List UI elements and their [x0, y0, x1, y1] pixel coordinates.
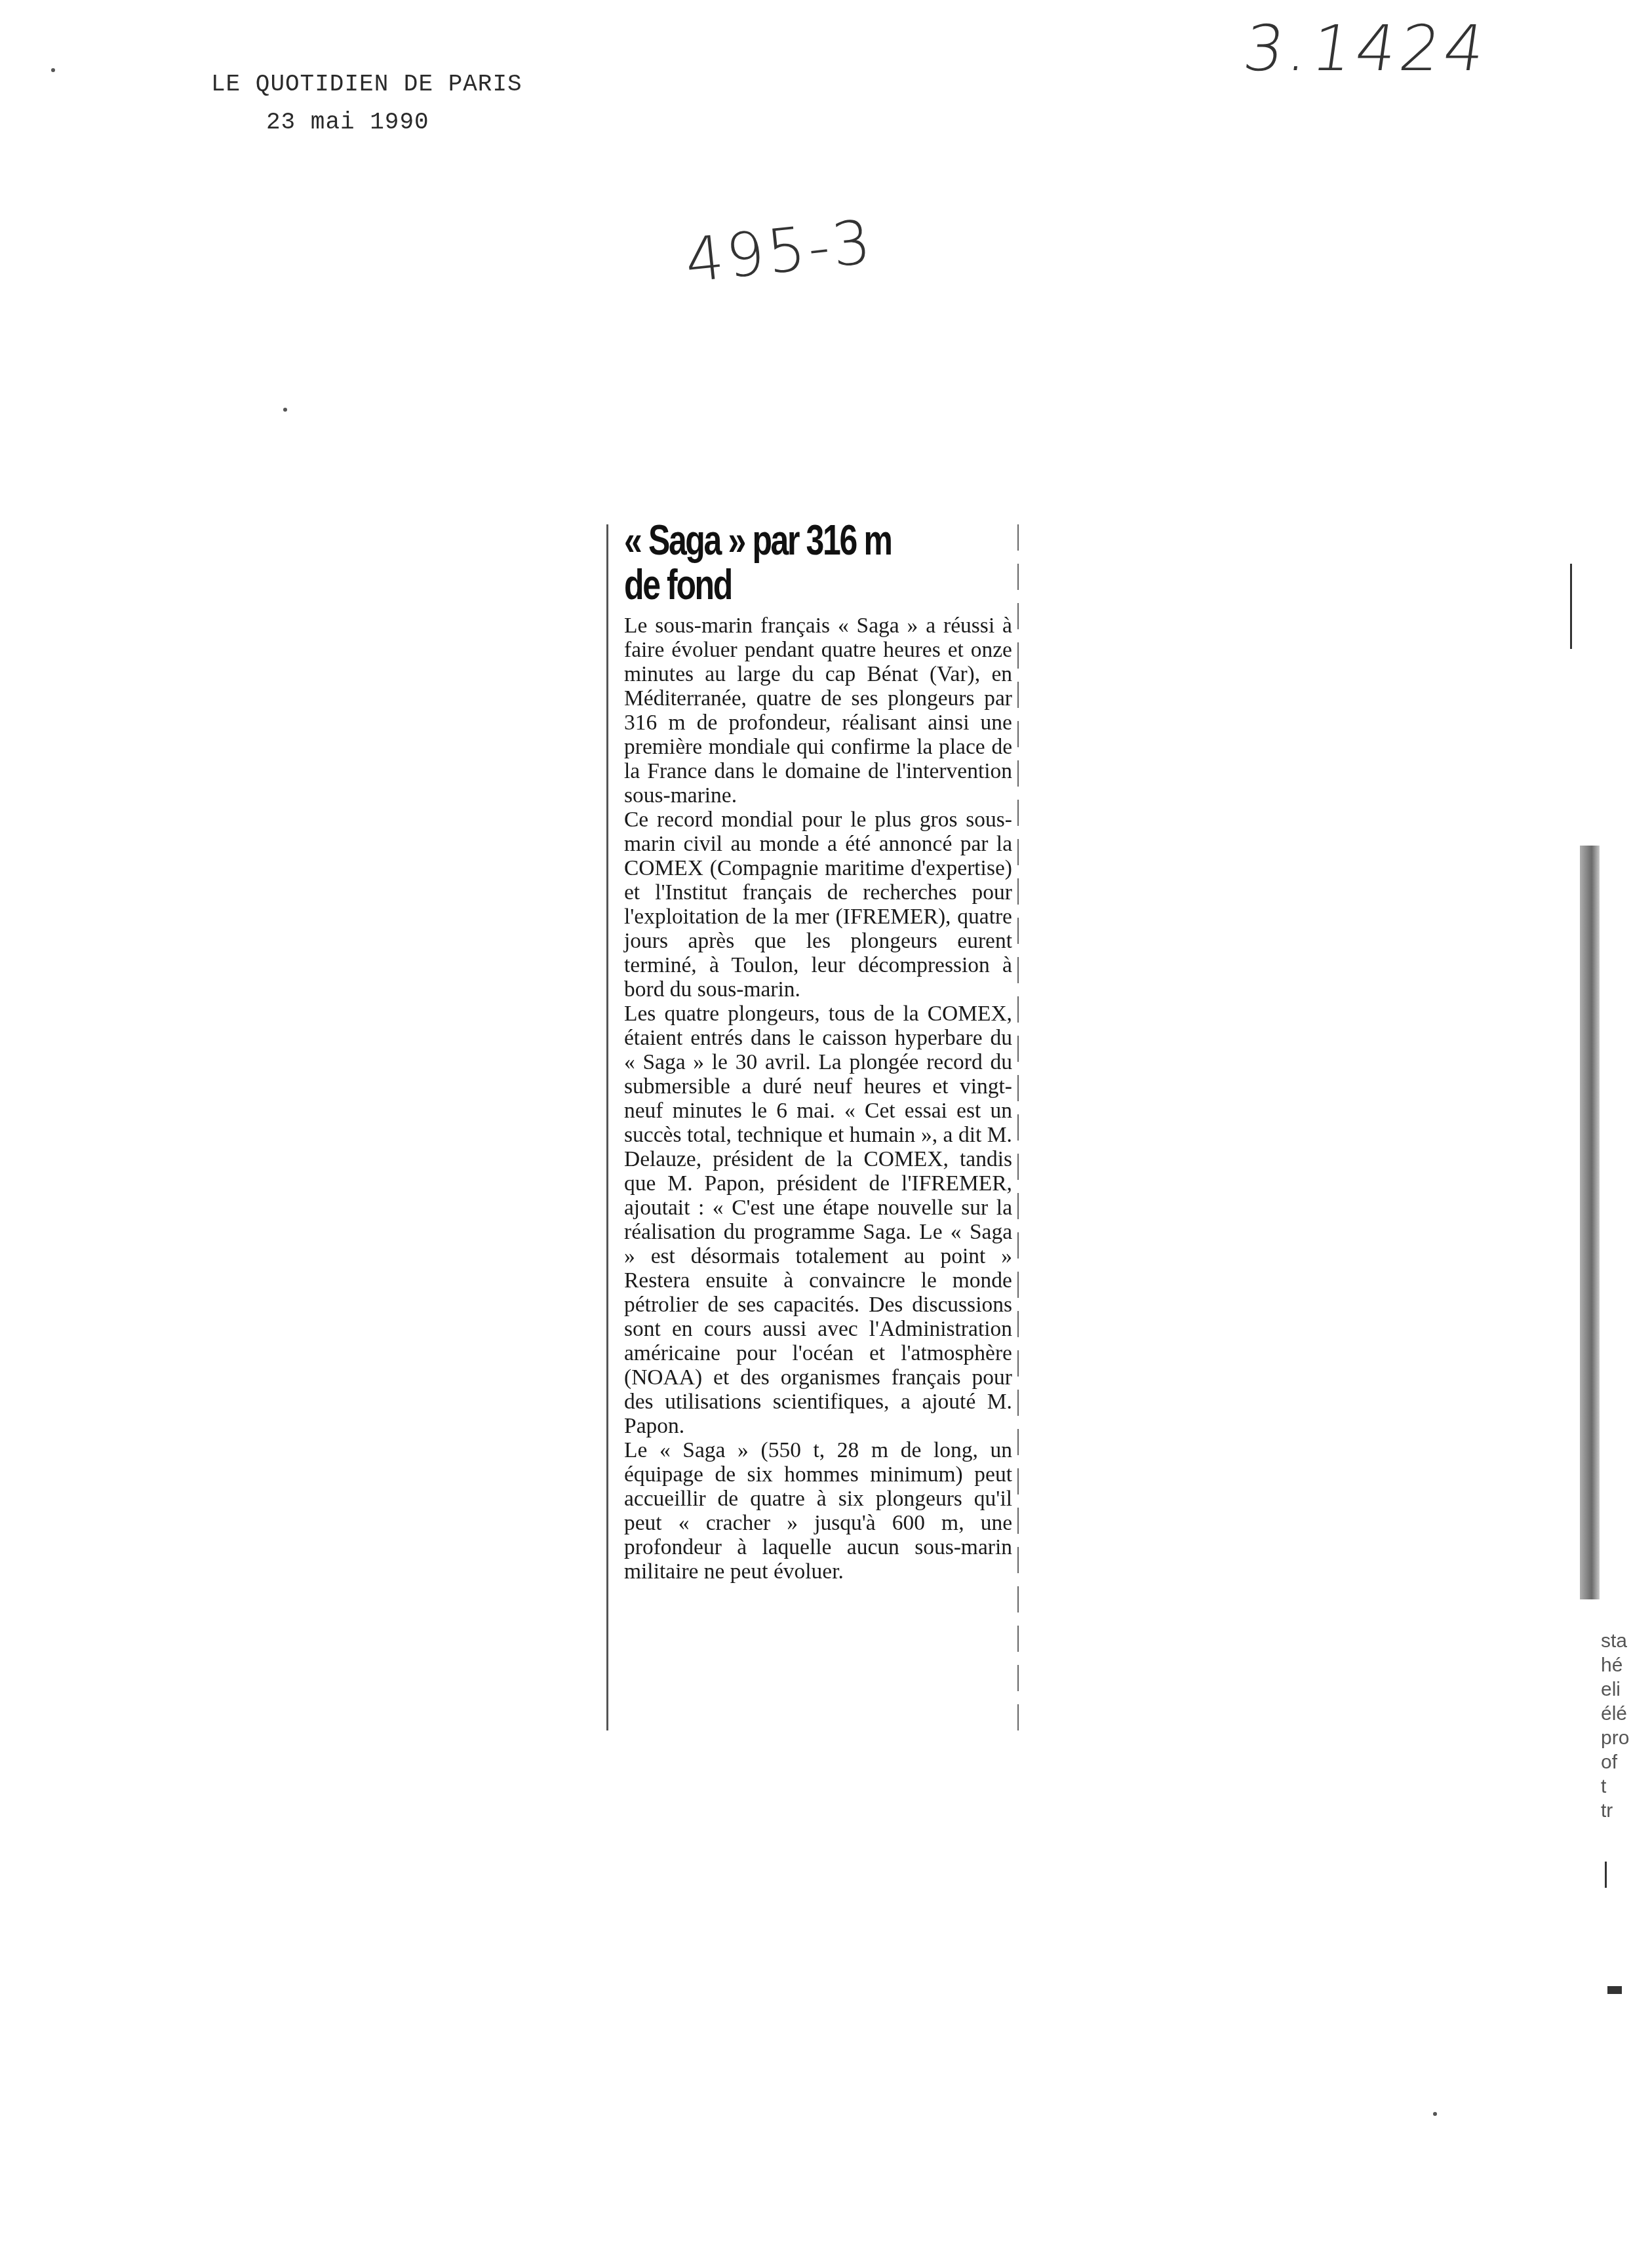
- fragment: pro: [1601, 1726, 1629, 1750]
- article-paragraph: Ce record mondial pour le plus gros sous…: [624, 808, 1012, 1002]
- scan-edge-mark: [1607, 1986, 1622, 1994]
- article-paragraph: Le sous-marin français « Saga » a réussi…: [624, 614, 1012, 808]
- article-body: Le sous-marin français « Saga » a réussi…: [624, 614, 1012, 1584]
- article-paragraph: Le « Saga » (550 t, 28 m de long, un équ…: [624, 1438, 1012, 1584]
- cut-off-text-fragments: sta hé eli élé pro of t tr: [1601, 1629, 1629, 1823]
- masthead: LE QUOTIDIEN DE PARIS 23 mai 1990: [211, 66, 522, 142]
- scan-speck: [1433, 2112, 1437, 2116]
- headline-line-2: de fond: [624, 561, 732, 608]
- fragment: hé: [1601, 1653, 1629, 1677]
- scan-edge-mark: [1570, 564, 1572, 649]
- article-paragraph: Les quatre plongeurs, tous de la COMEX, …: [624, 1002, 1012, 1438]
- fragment: eli: [1601, 1677, 1629, 1702]
- handwritten-annotation-top: 3.1424: [1239, 12, 1493, 85]
- scan-edge-mark: [1605, 1862, 1607, 1888]
- article-headline: « Saga » par 316 m de fond: [624, 518, 1013, 607]
- fragment: sta: [1601, 1629, 1629, 1653]
- fragment: élé: [1601, 1702, 1629, 1726]
- column-rule-right: [1017, 524, 1019, 1730]
- scan-speck: [283, 408, 287, 412]
- scan-speck: [51, 68, 55, 72]
- publication-name: LE QUOTIDIEN DE PARIS: [211, 71, 522, 98]
- news-article: « Saga » par 316 m de fond Le sous-marin…: [624, 518, 1012, 1584]
- fragment: tr: [1601, 1799, 1629, 1823]
- headline-line-1: « Saga » par 316 m: [624, 517, 891, 564]
- fragment: of: [1601, 1750, 1629, 1774]
- column-rule-left: [606, 524, 608, 1730]
- publication-date: 23 mai 1990: [211, 104, 522, 142]
- scan-shadow-strip: [1580, 846, 1600, 1599]
- handwritten-reference-number: 495-3: [682, 206, 876, 296]
- fragment: t: [1601, 1774, 1629, 1799]
